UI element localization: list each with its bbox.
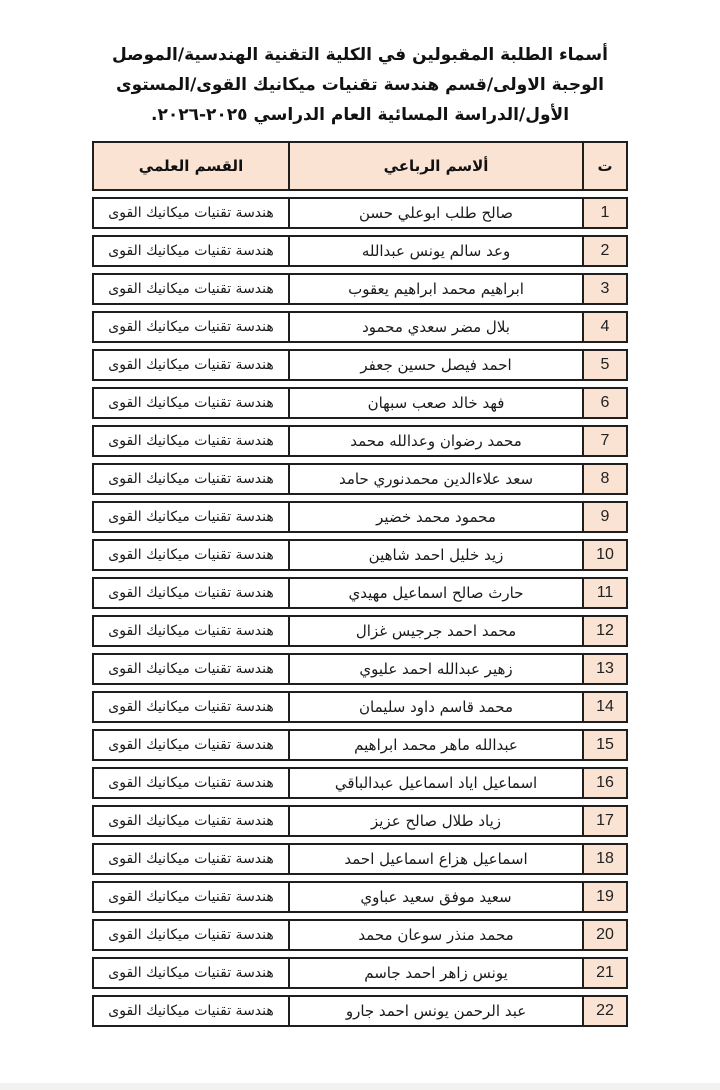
department: هندسة تقنيات ميكانيك القوى — [92, 197, 290, 229]
row-index: 8 — [582, 463, 628, 495]
student-name: محمود محمد خضير — [288, 501, 584, 533]
department: هندسة تقنيات ميكانيك القوى — [92, 653, 290, 685]
student-name: احمد فيصل حسين جعفر — [288, 349, 584, 381]
department: هندسة تقنيات ميكانيك القوى — [92, 691, 290, 723]
row-index: 3 — [582, 273, 628, 305]
table-row: 4 بلال مضر سعدي محمود هندسة تقنيات ميكان… — [92, 311, 628, 343]
table-row: 6 فهد خالد صعب سبهان هندسة تقنيات ميكاني… — [92, 387, 628, 419]
row-index: 15 — [582, 729, 628, 761]
row-index: 12 — [582, 615, 628, 647]
table-row: 20 محمد منذر سوعان محمد هندسة تقنيات ميك… — [92, 919, 628, 951]
row-index: 20 — [582, 919, 628, 951]
department: هندسة تقنيات ميكانيك القوى — [92, 729, 290, 761]
row-index: 5 — [582, 349, 628, 381]
student-name: اسماعيل اياد اسماعيل عبدالباقي — [288, 767, 584, 799]
student-name: فهد خالد صعب سبهان — [288, 387, 584, 419]
table-row: 8 سعد علاءالدين محمدنوري حامد هندسة تقني… — [92, 463, 628, 495]
student-name: سعد علاءالدين محمدنوري حامد — [288, 463, 584, 495]
table-row: 10 زيد خليل احمد شاهين هندسة تقنيات ميكا… — [92, 539, 628, 571]
table-row: 1 صالح طلب ابوعلي حسن هندسة تقنيات ميكان… — [92, 197, 628, 229]
student-name: عبد الرحمن يونس احمد جارو — [288, 995, 584, 1027]
department: هندسة تقنيات ميكانيك القوى — [92, 843, 290, 875]
row-index: 1 — [582, 197, 628, 229]
table-row: 3 ابراهيم محمد ابراهيم يعقوب هندسة تقنيا… — [92, 273, 628, 305]
student-name: محمد منذر سوعان محمد — [288, 919, 584, 951]
department: هندسة تقنيات ميكانيك القوى — [92, 273, 290, 305]
department: هندسة تقنيات ميكانيك القوى — [92, 311, 290, 343]
student-name: ابراهيم محمد ابراهيم يعقوب — [288, 273, 584, 305]
table-row: 14 محمد قاسم داود سليمان هندسة تقنيات مي… — [92, 691, 628, 723]
header-department: القسم العلمي — [92, 141, 290, 191]
student-name: محمد رضوان وعدالله محمد — [288, 425, 584, 457]
department: هندسة تقنيات ميكانيك القوى — [92, 349, 290, 381]
row-index: 7 — [582, 425, 628, 457]
table-row: 22 عبد الرحمن يونس احمد جارو هندسة تقنيا… — [92, 995, 628, 1027]
department: هندسة تقنيات ميكانيك القوى — [92, 463, 290, 495]
row-index: 19 — [582, 881, 628, 913]
table-row: 5 احمد فيصل حسين جعفر هندسة تقنيات ميكان… — [92, 349, 628, 381]
table-row: 9 محمود محمد خضير هندسة تقنيات ميكانيك ا… — [92, 501, 628, 533]
department: هندسة تقنيات ميكانيك القوى — [92, 805, 290, 837]
row-index: 18 — [582, 843, 628, 875]
header-index: ت — [582, 141, 628, 191]
department: هندسة تقنيات ميكانيك القوى — [92, 577, 290, 609]
table-row: 19 سعيد موفق سعيد عباوي هندسة تقنيات ميك… — [92, 881, 628, 913]
students-table: ت ألاسم الرباعي القسم العلمي 1 صالح طلب … — [92, 141, 628, 1027]
row-index: 4 — [582, 311, 628, 343]
student-name: بلال مضر سعدي محمود — [288, 311, 584, 343]
row-index: 9 — [582, 501, 628, 533]
table-row: 2 وعد سالم يونس عبدالله هندسة تقنيات ميك… — [92, 235, 628, 267]
row-index: 14 — [582, 691, 628, 723]
department: هندسة تقنيات ميكانيك القوى — [92, 235, 290, 267]
student-name: وعد سالم يونس عبدالله — [288, 235, 584, 267]
department: هندسة تقنيات ميكانيك القوى — [92, 387, 290, 419]
student-name: زهير عبدالله احمد عليوي — [288, 653, 584, 685]
student-name: يونس زاهر احمد جاسم — [288, 957, 584, 989]
table-header-row: ت ألاسم الرباعي القسم العلمي — [92, 141, 628, 191]
table-row: 16 اسماعيل اياد اسماعيل عبدالباقي هندسة … — [92, 767, 628, 799]
document-page: أسماء الطلبة المقبولين في الكلية التقنية… — [0, 0, 720, 1090]
department: هندسة تقنيات ميكانيك القوى — [92, 957, 290, 989]
department: هندسة تقنيات ميكانيك القوى — [92, 767, 290, 799]
student-name: زيد خليل احمد شاهين — [288, 539, 584, 571]
student-name: محمد قاسم داود سليمان — [288, 691, 584, 723]
row-index: 17 — [582, 805, 628, 837]
student-name: سعيد موفق سعيد عباوي — [288, 881, 584, 913]
table-row: 13 زهير عبدالله احمد عليوي هندسة تقنيات … — [92, 653, 628, 685]
department: هندسة تقنيات ميكانيك القوى — [92, 501, 290, 533]
table-row: 15 عبدالله ماهر محمد ابراهيم هندسة تقنيا… — [92, 729, 628, 761]
student-name: زياد طلال صالح عزيز — [288, 805, 584, 837]
department: هندسة تقنيات ميكانيك القوى — [92, 919, 290, 951]
header-name: ألاسم الرباعي — [288, 141, 584, 191]
table-row: 17 زياد طلال صالح عزيز هندسة تقنيات ميكا… — [92, 805, 628, 837]
department: هندسة تقنيات ميكانيك القوى — [92, 615, 290, 647]
table-row: 11 حارث صالح اسماعيل مهيدي هندسة تقنيات … — [92, 577, 628, 609]
student-name: اسماعيل هزاع اسماعيل احمد — [288, 843, 584, 875]
department: هندسة تقنيات ميكانيك القوى — [92, 995, 290, 1027]
department: هندسة تقنيات ميكانيك القوى — [92, 539, 290, 571]
row-index: 13 — [582, 653, 628, 685]
student-name: عبدالله ماهر محمد ابراهيم — [288, 729, 584, 761]
student-name: حارث صالح اسماعيل مهيدي — [288, 577, 584, 609]
page-title: أسماء الطلبة المقبولين في الكلية التقنية… — [90, 40, 630, 130]
row-index: 16 — [582, 767, 628, 799]
scan-artifact — [0, 1083, 720, 1090]
department: هندسة تقنيات ميكانيك القوى — [92, 881, 290, 913]
student-name: صالح طلب ابوعلي حسن — [288, 197, 584, 229]
row-index: 6 — [582, 387, 628, 419]
table-row: 18 اسماعيل هزاع اسماعيل احمد هندسة تقنيا… — [92, 843, 628, 875]
department: هندسة تقنيات ميكانيك القوى — [92, 425, 290, 457]
student-name: محمد احمد جرجيس غزال — [288, 615, 584, 647]
row-index: 10 — [582, 539, 628, 571]
row-index: 11 — [582, 577, 628, 609]
table-row: 21 يونس زاهر احمد جاسم هندسة تقنيات ميكا… — [92, 957, 628, 989]
table-row: 7 محمد رضوان وعدالله محمد هندسة تقنيات م… — [92, 425, 628, 457]
row-index: 22 — [582, 995, 628, 1027]
table-row: 12 محمد احمد جرجيس غزال هندسة تقنيات ميك… — [92, 615, 628, 647]
row-index: 21 — [582, 957, 628, 989]
row-index: 2 — [582, 235, 628, 267]
